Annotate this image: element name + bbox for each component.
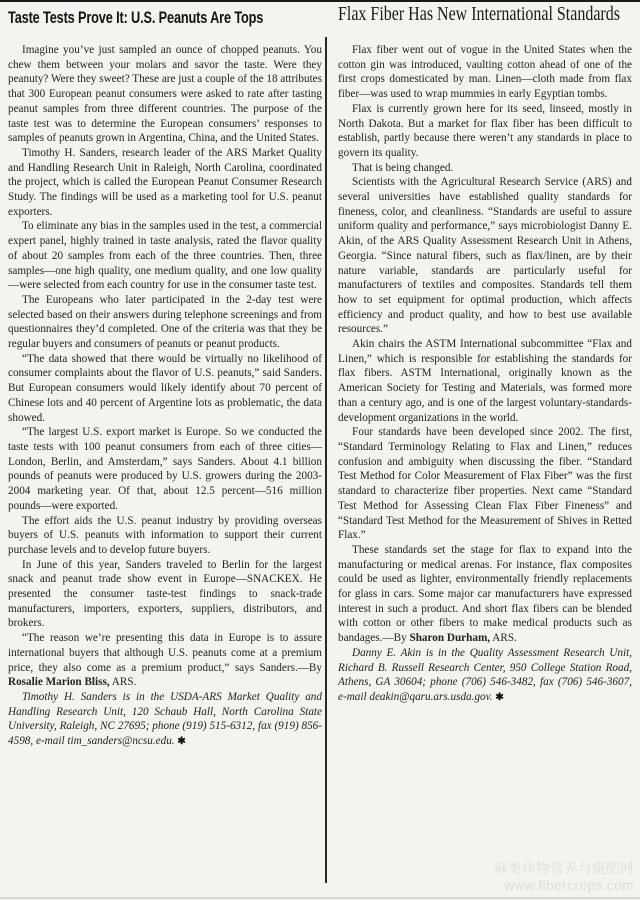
flax-paragraph-1: Flax fiber went out of vogue in the Unit… [338,43,632,102]
peanut-paragraph-5: “The data showed that there would be vir… [8,352,322,426]
flax-article-title: Flax Fiber Has New International Standar… [338,4,632,31]
flax-article-title-text: Flax Fiber Has New International Standar… [338,4,620,26]
article-flax-fiber-standards: Flax Fiber Has New International Standar… [338,4,632,706]
flax-paragraph-3: That is being changed. [338,161,632,176]
flax-byline-org: ARS. [490,632,517,644]
peanut-article-title-text: Taste Tests Prove It: U.S. Peanuts Are T… [8,8,263,28]
peanut-paragraph-6: “The largest U.S. export market is Europ… [8,425,322,513]
article-peanut-taste-tests: Taste Tests Prove It: U.S. Peanuts Are T… [8,6,322,750]
peanut-paragraph-1: Imagine you’ve just sampled an ounce of … [8,43,322,146]
peanut-paragraph-7: The effort aids the U.S. peanut industry… [8,514,322,558]
peanut-paragraph-4: The Europeans who later participated in … [8,293,322,352]
article-end-star-icon: ✱ [495,692,503,703]
peanut-paragraph-8: In June of this year, Sanders traveled t… [8,558,322,632]
peanut-byline-author: Rosalie Marion Bliss, [8,676,110,688]
peanut-contact-text: Timothy H. Sanders is in the USDA-ARS Ma… [8,691,322,747]
flax-contact-text: Danny E. Akin is in the Quality Assessme… [338,647,632,703]
magazine-page: Taste Tests Prove It: U.S. Peanuts Are T… [0,0,640,900]
flax-paragraph-6: Four standards have been developed since… [338,425,632,543]
peanut-closing-paragraph: “The reason we’re presenting this data i… [8,631,322,690]
peanut-paragraph-3: To eliminate any bias in the samples use… [8,219,322,293]
watermark-site-name: 麻类作物营养与施肥网 [494,860,634,877]
peanut-article-title: Taste Tests Prove It: U.S. Peanuts Are T… [8,8,322,32]
peanut-closing-text: “The reason we’re presenting this data i… [8,632,322,673]
flax-byline-author: Sharon Durham, [409,632,490,644]
flax-paragraph-5: Akin chairs the ASTM International subco… [338,337,632,425]
flax-closing-paragraph: These standards set the stage for flax t… [338,543,632,646]
watermark-site-url: www.fibercrops.com [494,877,634,894]
flax-contact-info: Danny E. Akin is in the Quality Assessme… [338,646,632,706]
peanut-byline-org: ARS. [110,676,137,688]
bottom-border-rule [0,897,640,899]
flax-paragraph-4: Scientists with the Agricultural Researc… [338,175,632,337]
flax-paragraph-2: Flax is currently grown here for its see… [338,102,632,161]
flax-closing-text: These standards set the stage for flax t… [338,544,632,644]
article-end-star-icon: ✱ [177,736,185,747]
watermark: 麻类作物营养与施肥网 www.fibercrops.com [494,860,634,894]
column-divider-rule [325,37,327,883]
top-border-rule [0,0,640,2]
peanut-paragraph-2: Timothy H. Sanders, research leader of t… [8,146,322,220]
peanut-contact-info: Timothy H. Sanders is in the USDA-ARS Ma… [8,690,322,750]
